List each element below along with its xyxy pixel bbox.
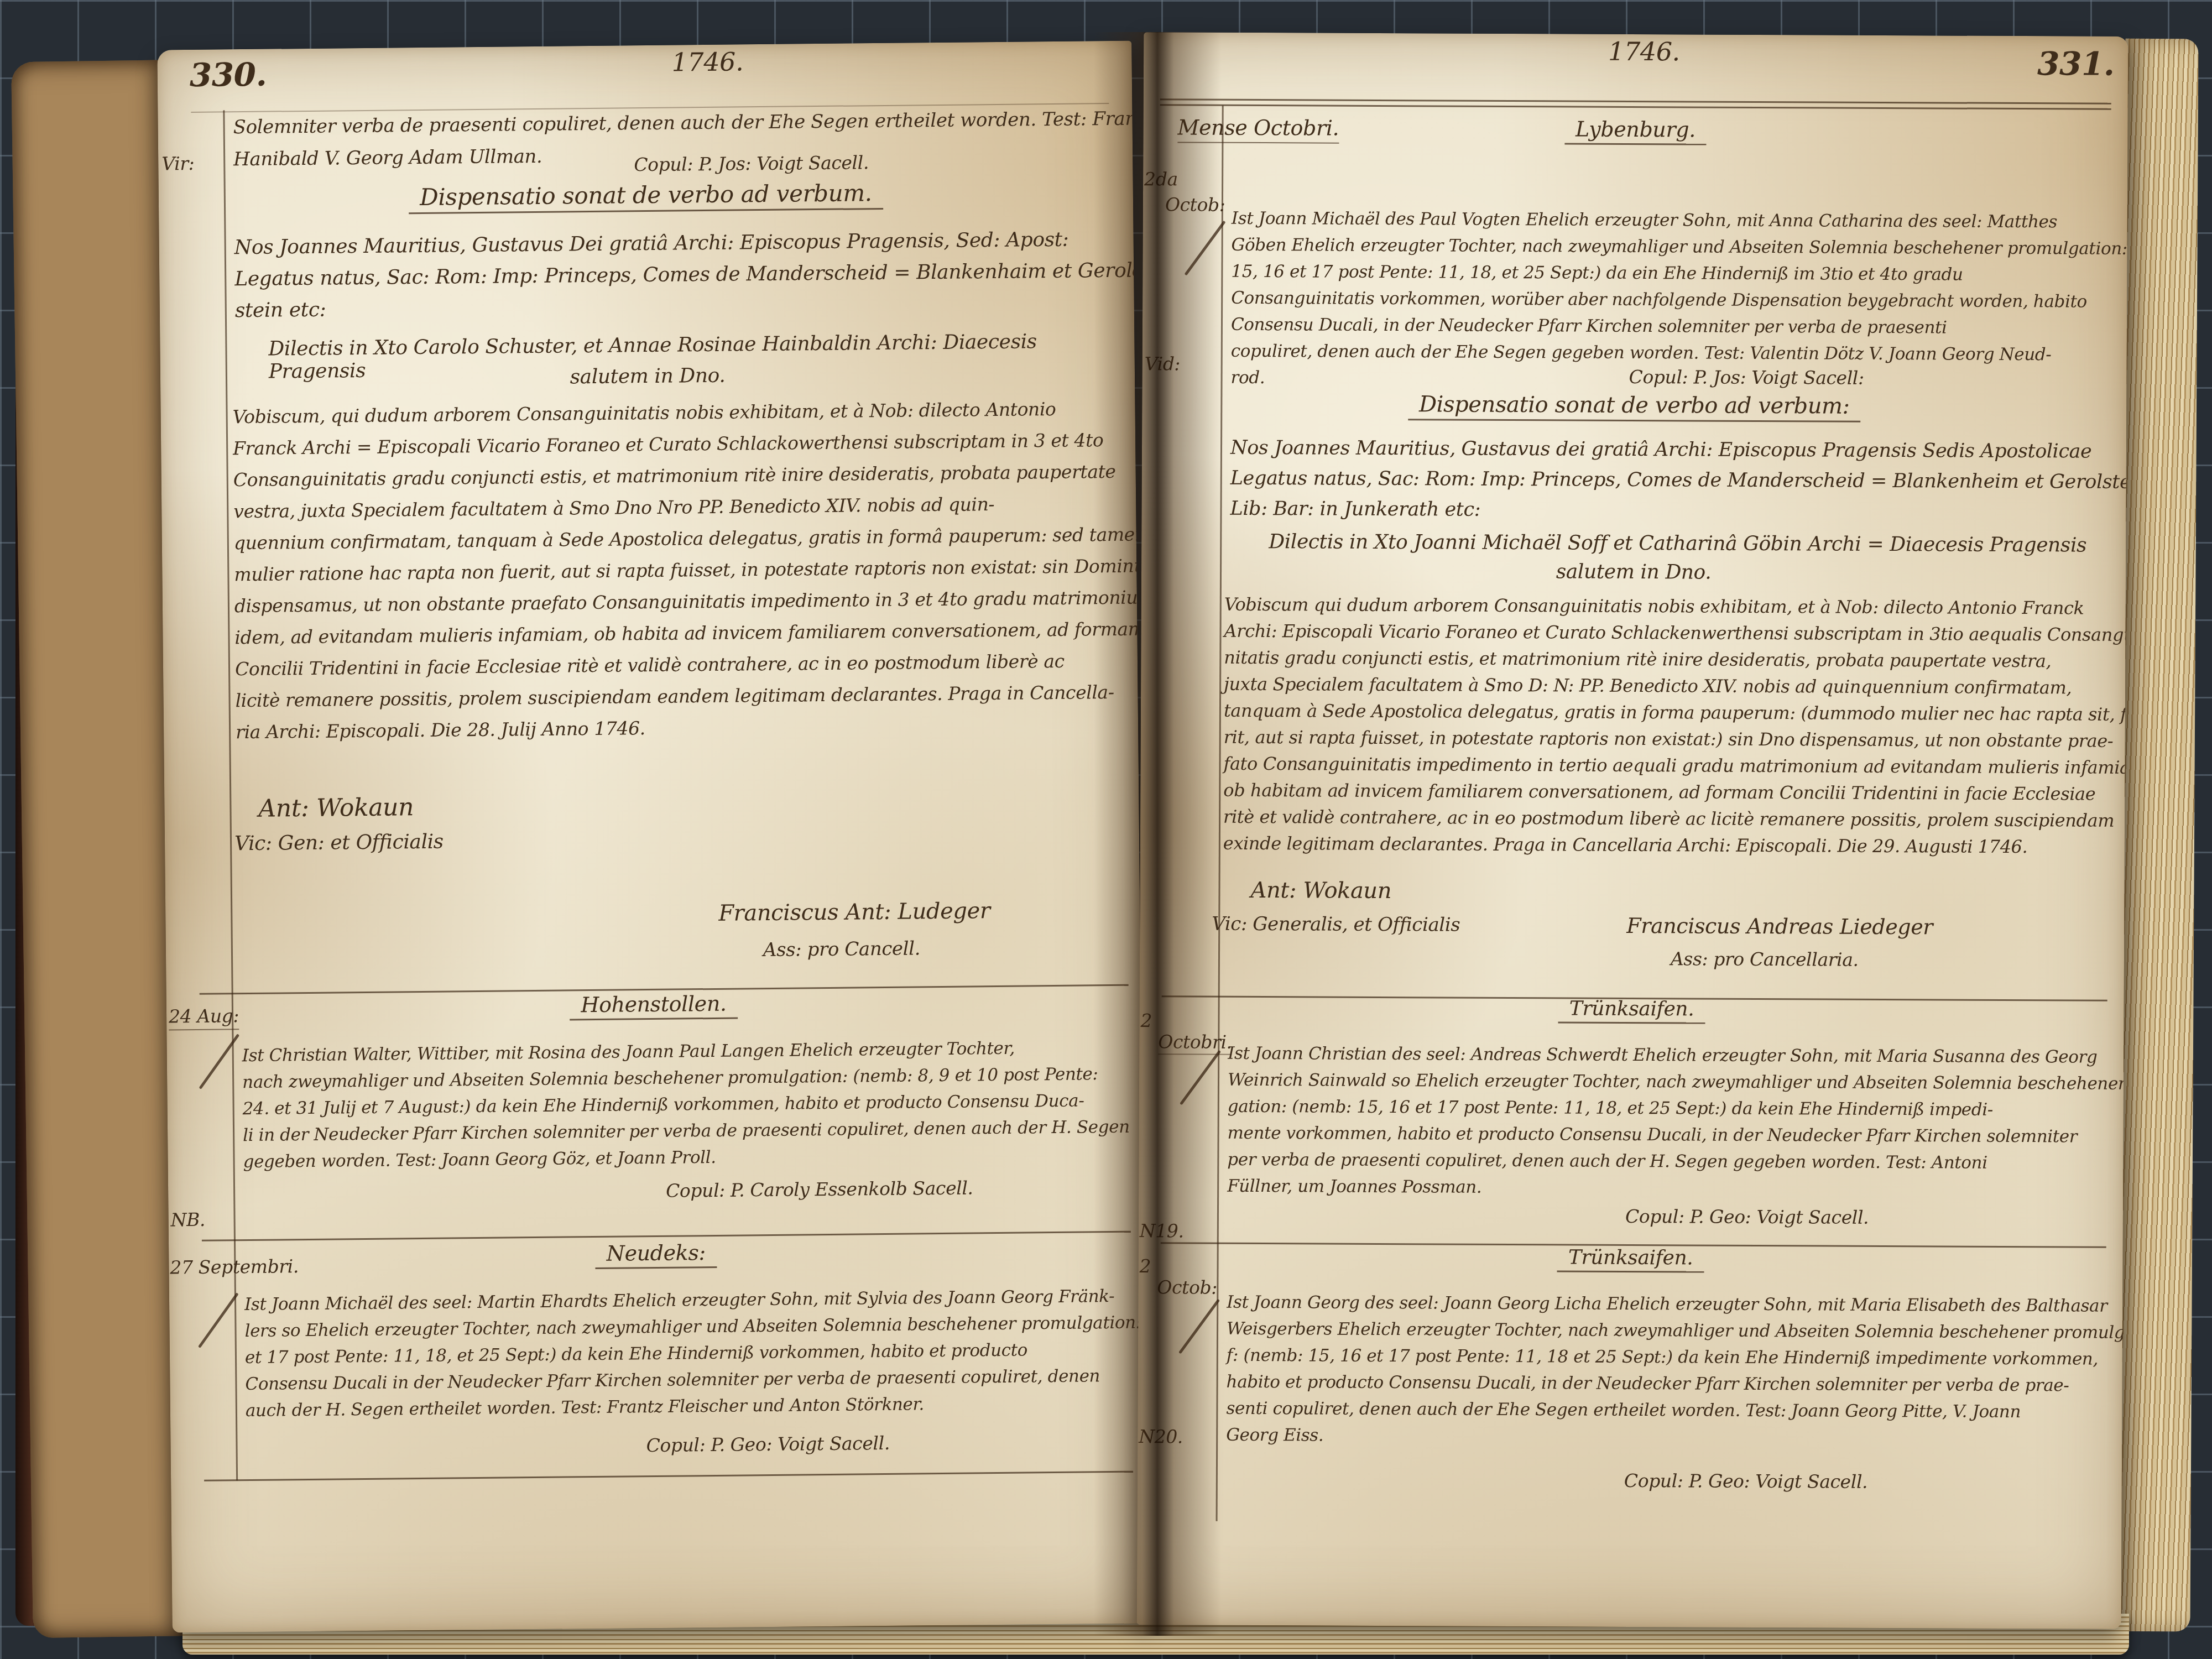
- handwritten-line: juxta Specialem facultatem à Smo D: N: P…: [1224, 671, 2109, 701]
- check-mark: [1178, 1299, 1220, 1354]
- entry2-heading-wrap: Neudeks:: [169, 1237, 1143, 1274]
- margin-note-vir: Vir:: [161, 153, 194, 175]
- r-entry3-heading-wrap: Trünksaifen.: [1139, 1244, 2123, 1275]
- r-entry1-margin-date-1: 2da: [1144, 168, 1178, 190]
- handwritten-line: Ist Joann Christian des seel: Andreas Sc…: [1228, 1040, 2107, 1071]
- countersign-name: Franciscus Ant: Ludeger: [718, 898, 990, 926]
- place-heading-wrap: Lybenburg.: [1143, 115, 2127, 147]
- right-margin-rule: [1216, 106, 1224, 1521]
- handwritten-line: exinde legitimam declarantes. Praga in C…: [1223, 830, 2108, 860]
- handwritten-line: ob habitam ad invicem familiarem convers…: [1223, 777, 2108, 807]
- dispensation-heading: Dispensatio sonat de verbo ad verbum.: [409, 179, 883, 214]
- entry1-margin-note: NB.: [170, 1209, 205, 1231]
- handwritten-line: Georg Eiss.: [1226, 1422, 2105, 1452]
- left-page: 330. 1746. Vir: Solemniter verba de prae…: [157, 41, 1146, 1633]
- top-double-rule: [1160, 98, 2111, 105]
- photo-scene: 330. 1746. Vir: Solemniter verba de prae…: [0, 0, 2212, 1659]
- handwritten-line: Nos Joannes Mauritius, Gustavus dei grat…: [1230, 433, 2110, 467]
- handwritten-line: f: (nemb: 15, 16 et 17 post Pente: 11, 1…: [1227, 1342, 2106, 1373]
- r-entry1-margin-date-2: Octob:: [1165, 194, 1225, 215]
- handwritten-line: Füllner, um Joannes Possman.: [1227, 1173, 2106, 1203]
- left-year-header: 1746.: [671, 46, 743, 77]
- r-dispensation-address: Dilectis in Xto Joanni Michaël Soff et C…: [1269, 530, 2109, 557]
- handwritten-line: Ist Joann Michaël des Paul Vogten Ehelic…: [1232, 205, 2111, 236]
- entry2-heading: Neudeks:: [595, 1240, 717, 1269]
- r-entry3-margin-date-2: Octob:: [1157, 1276, 1217, 1298]
- r-dispensation-body: Vobiscum qui dudum arborem Consanguinita…: [1223, 591, 2109, 860]
- entry2-body: Ist Joann Michaël des seel: Martin Ehard…: [244, 1283, 1130, 1424]
- right-page: 1746. 331. Mense Octobri. Lybenburg. 2da…: [1137, 32, 2128, 1629]
- dispensation-heading-wrap: Dispensatio sonat de verbo ad verbum.: [159, 177, 1133, 217]
- r-entry1-margin-note: Vid:: [1145, 353, 1181, 374]
- handwritten-line: Consanguinitatis vorkommen, worüber aber…: [1231, 285, 2110, 315]
- check-mark: [198, 1292, 239, 1348]
- r-dispensation-heading-wrap: Dispensatio sonat de verbo ad verbum:: [1142, 390, 2126, 424]
- handwritten-line: per verba de praesenti copuliret, denen …: [1227, 1146, 2106, 1177]
- handwritten-line: Legatus natus, Sac: Rom: Imp: Princeps, …: [1230, 463, 2110, 498]
- handwritten-line: rit, aut si rapta fuisset, in potestate …: [1224, 724, 2109, 754]
- handwritten-line: Weinrich Sainwald so Ehelich erzeugter T…: [1228, 1067, 2107, 1097]
- r-entry3-heading: Trünksaifen.: [1557, 1246, 1704, 1272]
- handwritten-line: habito et producto Consensu Ducali, in d…: [1227, 1369, 2106, 1399]
- entry1-copul: Copul: P. Caroly Essenkolb Sacell.: [666, 1177, 973, 1201]
- check-mark: [1180, 1050, 1221, 1105]
- r-entry2-body: Ist Joann Christian des seel: Andreas Sc…: [1227, 1040, 2107, 1203]
- handwritten-line: gation: (nemb: 15, 16 et 17 post Pente: …: [1228, 1093, 2107, 1124]
- handwritten-line: 15, 16 et 17 post Pente: 11, 18, et 25 S…: [1231, 258, 2110, 289]
- handwritten-line: Lib: Bar: in Junkerath etc:: [1230, 494, 2109, 528]
- r-entry3-margin-note: N20.: [1139, 1426, 1183, 1447]
- handwritten-line: Ist Joann Georg des seel: Joann Georg Li…: [1227, 1289, 2106, 1319]
- r-countersign-title: Ass: pro Cancellaria.: [1671, 948, 1859, 970]
- entry1-heading: Hohenstollen.: [570, 992, 738, 1021]
- handwritten-line: Göben Ehelich erzeugter Tochter, nach zw…: [1232, 232, 2111, 262]
- r-countersign-name: Franciscus Andreas Liedeger: [1626, 914, 1933, 939]
- r-entry3-copul: Copul: P. Geo: Voigt Sacell.: [1624, 1470, 1867, 1493]
- r-entry1-copul: Copul: P. Jos: Voigt Sacell:: [1629, 366, 1864, 389]
- r-entry2-margin-note: N19.: [1140, 1220, 1184, 1241]
- dispensation-body: Vobiscum, qui dudum arborem Consanguinit…: [232, 393, 1126, 748]
- handwritten-line: fato Consanguinitatis impedimento in ter…: [1223, 750, 2108, 781]
- handwritten-line: ritè et validè contrahere, ac in eo post…: [1223, 804, 2108, 834]
- entry-separator-rule: [204, 1471, 1133, 1481]
- r-dispensation-intro: Nos Joannes Mauritius, Gustavus dei grat…: [1230, 433, 2110, 528]
- r-entry2-copul: Copul: P. Geo: Voigt Sacell.: [1625, 1206, 1869, 1228]
- handwritten-line: Vobiscum qui dudum arborem Consanguinita…: [1224, 591, 2109, 622]
- entry1-body: Ist Christian Walter, Wittiber, mit Rosi…: [242, 1034, 1128, 1175]
- r-dispensation-heading: Dispensatio sonat de verbo ad verbum:: [1408, 392, 1861, 422]
- handwritten-line: mente vorkommen, habito et producto Cons…: [1228, 1120, 2107, 1150]
- handwritten-line: Consensu Ducali, in der Neudecker Pfarr …: [1231, 311, 2110, 342]
- r-entry2-heading-wrap: Trünksaifen.: [1139, 995, 2124, 1026]
- handwritten-line: senti copuliret, denen auch der Ehe Sege…: [1226, 1395, 2105, 1426]
- handwritten-line: Weisgerbers Ehelich erzeugter Tochter, n…: [1227, 1316, 2106, 1346]
- check-mark: [1185, 221, 1226, 276]
- r-dispensation-salutation: salutem in Dno.: [1141, 559, 2126, 586]
- left-page-number: 330.: [189, 56, 267, 94]
- r-signature-name: Ant: Wokaun: [1250, 878, 1391, 904]
- top-double-rule: [1160, 104, 2111, 110]
- right-year-header: 1746.: [1608, 36, 1680, 67]
- right-page-number: 331.: [2037, 45, 2115, 83]
- r-entry2-heading: Trünksaifen.: [1558, 997, 1705, 1024]
- r-entry2-margin-date-2: Octobri.: [1158, 1031, 1232, 1055]
- handwritten-line: tanquam à Sede Apostolica delegatus, gra…: [1224, 697, 2109, 728]
- dispensation-intro: Nos Joannes Mauritius, Gustavus Dei grat…: [234, 223, 1120, 326]
- signature-title: Vic: Gen: et Officialis: [234, 831, 444, 855]
- entry2-copul: Copul: P. Geo: Voigt Sacell.: [646, 1432, 890, 1456]
- place-heading: Lybenburg.: [1564, 117, 1707, 145]
- continuation-copul: Copul: P. Jos: Voigt Sacell.: [634, 152, 869, 175]
- countersign-title: Ass: pro Cancell.: [763, 937, 920, 961]
- r-signature-title: Vic: Generalis, et Officialis: [1212, 913, 1460, 936]
- signature-name: Ant: Wokaun: [258, 793, 414, 823]
- handwritten-line: Archi: Episcopali Vicario Foraneo et Cur…: [1224, 618, 2109, 648]
- right-page-stack-edge: [2117, 39, 2198, 1632]
- handwritten-line: copuliret, denen auch der Ehe Segen gege…: [1231, 338, 2110, 368]
- r-entry3-body: Ist Joann Georg des seel: Joann Georg Li…: [1226, 1289, 2106, 1452]
- handwritten-line: nitatis gradu conjuncti estis, et matrim…: [1224, 644, 2109, 675]
